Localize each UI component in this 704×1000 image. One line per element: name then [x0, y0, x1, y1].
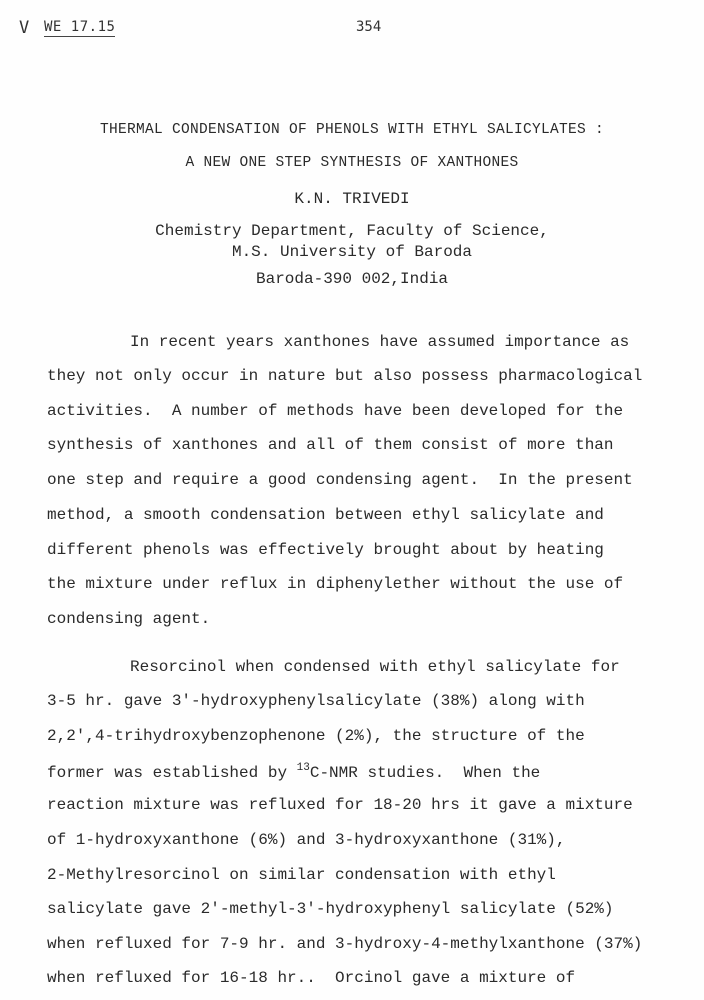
text-line: of 1-hydroxyxanthone (6%) and 3-hydroxyx…	[47, 831, 565, 849]
text-line: they not only occur in nature but also p…	[47, 367, 642, 385]
text-fragment: former was established by	[47, 764, 297, 782]
affiliation-university: M.S. University of Baroda	[0, 243, 704, 261]
text-line: when refluxed for 7-9 hr. and 3-hydroxy-…	[47, 935, 642, 953]
title-line-2: A NEW ONE STEP SYNTHESIS OF XANTHONES	[0, 155, 704, 171]
text-line: activities. A number of methods have bee…	[47, 402, 623, 420]
text-line: Resorcinol when condensed with ethyl sal…	[130, 658, 620, 676]
text-line: 2,2',4-trihydroxybenzophenone (2%), the …	[47, 727, 585, 745]
text-line: reaction mixture was refluxed for 18-20 …	[47, 796, 633, 814]
text-line: salicylate gave 2'-methyl-3'-hydroxyphen…	[47, 900, 614, 918]
author-name: K.N. TRIVEDI	[0, 190, 704, 208]
page-number: 354	[356, 19, 381, 35]
text-line: condensing agent.	[47, 610, 210, 628]
session-code: WE 17.15	[44, 19, 115, 37]
text-line: method, a smooth condensation between et…	[47, 506, 604, 524]
text-line-nmr: former was established by 13C-NMR studie…	[47, 762, 540, 782]
affiliation-department: Chemistry Department, Faculty of Science…	[0, 222, 704, 240]
text-line: when refluxed for 16-18 hr.. Orcinol gav…	[47, 969, 575, 987]
text-fragment: C-NMR studies. When the	[310, 764, 540, 782]
text-line: one step and require a good condensing a…	[47, 471, 633, 489]
text-line: different phenols was effectively brough…	[47, 541, 604, 559]
text-line: 2-Methylresorcinol on similar condensati…	[47, 866, 556, 884]
affiliation-address: Baroda-390 002,India	[0, 270, 704, 288]
isotope-superscript: 13	[297, 762, 310, 774]
text-line: In recent years xanthones have assumed i…	[130, 333, 629, 351]
margin-mark: V	[19, 18, 29, 38]
title-line-1: THERMAL CONDENSATION OF PHENOLS WITH ETH…	[0, 122, 704, 138]
text-line: synthesis of xanthones and all of them c…	[47, 436, 614, 454]
text-line: 3-5 hr. gave 3'-hydroxyphenylsalicylate …	[47, 692, 585, 710]
text-line: the mixture under reflux in diphenylethe…	[47, 575, 623, 593]
